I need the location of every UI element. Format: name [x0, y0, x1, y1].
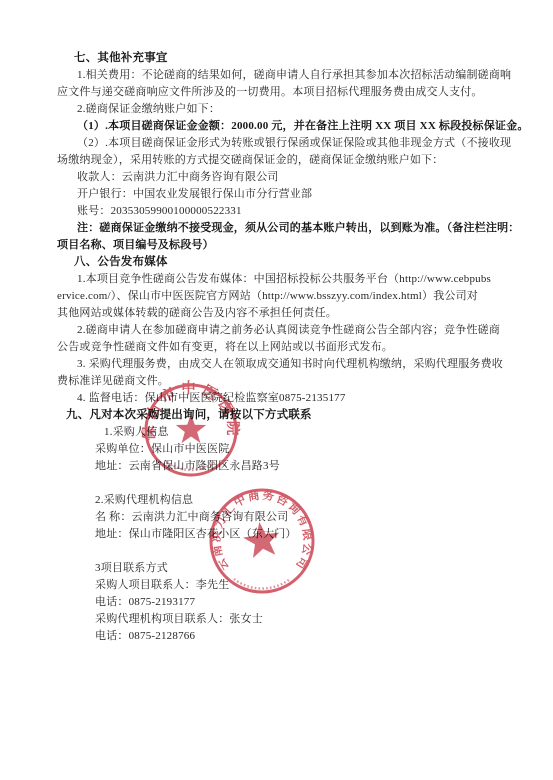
document-line: 电话：0875-2193177	[57, 594, 501, 611]
document-line: 八、公告发布媒体	[57, 254, 501, 271]
document-line: ervice.com/）、保山市中医医院官方网站（http://www.bssz…	[57, 288, 501, 305]
document-line: 电话：0875-2128766	[57, 628, 501, 645]
document-line: 场缴纳现金），采用转账的方式提交磋商保证金的，磋商保证金缴纳账户如下：	[57, 152, 501, 169]
document-line: 3. 采购代理服务费，由成交人在领取成交通知书时向代理机构缴纳，采购代理服务费收	[57, 356, 501, 373]
document-body: 七、其他补充事宜1.相关费用：不论磋商的结果如何，磋商申请人自行承担其参加本次招…	[57, 50, 501, 645]
document-line: 其他网站或媒体转载的磋商公告及内容不承担任何责任。	[57, 305, 501, 322]
document-line: （2）.本项目磋商保证金形式为转账或银行保函或保证保险或其他非现金方式（不接收现	[57, 135, 501, 152]
document-line: 1.采购人信息	[57, 424, 501, 441]
document-page: 七、其他补充事宜1.相关费用：不论磋商的结果如何，磋商申请人自行承担其参加本次招…	[0, 0, 553, 780]
document-line: 1.本项目竞争性磋商公告发布媒体：中国招标投标公共服务平台（http://www…	[57, 271, 501, 288]
document-line: 九、凡对本次采购提出询问，请按以下方式联系	[57, 407, 501, 424]
document-line: 项目名称、项目编号及标段号）	[57, 237, 501, 254]
document-line: 2.磋商保证金缴纳账户如下：	[57, 101, 501, 118]
document-line: 收款人：云南洪力汇中商务咨询有限公司	[57, 169, 501, 186]
document-line: 费标准详见磋商文件。	[57, 373, 501, 390]
document-line: （1）.本项目磋商保证金金额：2000.00 元，并在备注上注明 XX 项目 X…	[57, 118, 501, 135]
document-line: 公告或竞争性磋商文件如有变更，将在以上网站或以书面形式发布。	[57, 339, 501, 356]
document-line: 采购代理机构项目联系人：张女士	[57, 611, 501, 628]
document-line: 2.磋商申请人在参加磋商申请之前务必认真阅读竞争性磋商公告全部内容；竞争性磋商	[57, 322, 501, 339]
document-line: 开户银行：中国农业发展银行保山市分行营业部	[57, 186, 501, 203]
document-line: 1.相关费用：不论磋商的结果如何，磋商申请人自行承担其参加本次招标活动编制磋商响	[57, 67, 501, 84]
document-line: 注：磋商保证金缴纳不接受现金，须从公司的基本账户转出，以到账为准。（备注栏注明：	[57, 220, 501, 237]
document-line: 账号：20353059900100000522331	[57, 203, 501, 220]
blank-line	[57, 475, 501, 492]
document-line: 应文件与递交磋商响应文件所涉及的一切费用。本项目招标代理服务费由成交人支付。	[57, 84, 501, 101]
document-line: 4. 监督电话：保山市中医医院纪检监察室0875-2135177	[57, 390, 501, 407]
document-line: 名 称：云南洪力汇中商务咨询有限公司	[57, 509, 501, 526]
document-line: 七、其他补充事宜	[57, 50, 501, 67]
document-line: 地址：云南省保山市隆阳区永昌路3号	[57, 458, 501, 475]
document-line: 采购人项目联系人：李先生	[57, 577, 501, 594]
document-line: 地址：保山市隆阳区杏花小区（东大门）	[57, 526, 501, 543]
document-line: 采购单位：保山市中医医院	[57, 441, 501, 458]
document-line: 2.采购代理机构信息	[57, 492, 501, 509]
blank-line	[57, 543, 501, 560]
document-line: 3项目联系方式	[57, 560, 501, 577]
